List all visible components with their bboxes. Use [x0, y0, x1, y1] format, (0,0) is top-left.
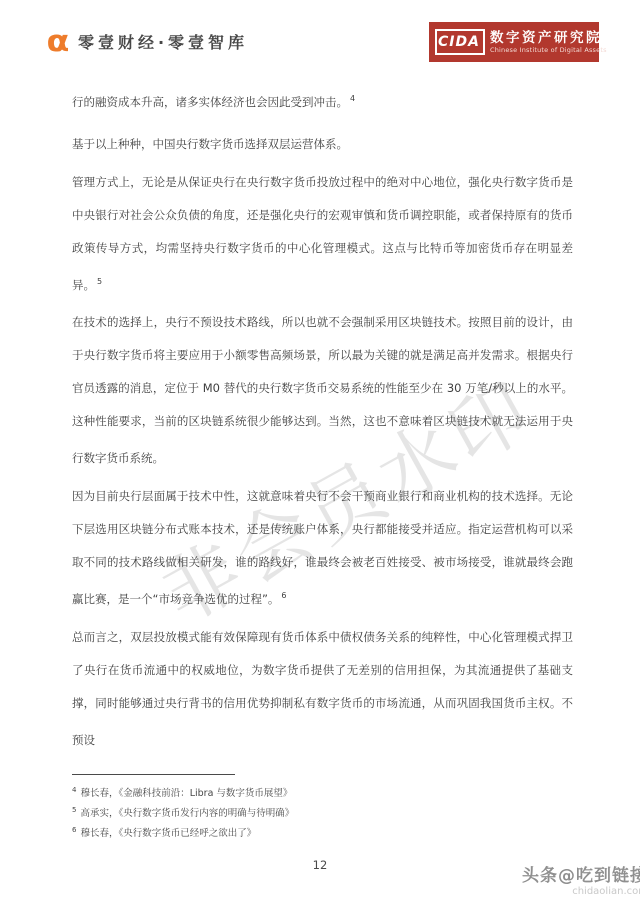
- body-paragraph: 管理方式上，无论是从保证央行在央行数字货币投放过程中的绝对中心地位，强化央行数字…: [72, 166, 573, 302]
- cida-title-cn: 数字资产研究院: [490, 30, 607, 46]
- body-paragraph: 因为目前央行层面属于技术中性，这就意味着央行不会干预商业银行和商业机构的技术选择…: [72, 480, 573, 616]
- cida-logo: CIDA 数字资产研究院 Chinese Institute of Digita…: [429, 22, 599, 62]
- footnote-text: 穆长春，《央行数字货币已经呼之欲出了》: [80, 828, 256, 839]
- footnote-number: 6: [72, 826, 76, 834]
- body-paragraph: 总而言之，双层投放模式能有效保障现有货币体系中债权债务关系的纯粹性，中心化管理模…: [72, 621, 573, 757]
- footnote-ref: 6: [281, 591, 286, 600]
- paragraph-text: 因为目前央行层面属于技术中性，这就意味着央行不会干预商业银行和商业机构的技术选择…: [72, 489, 573, 606]
- body-paragraph: 行的融资成本升高，诸多实体经济也会因此受到冲击。4: [72, 82, 573, 119]
- paragraph-text: 在技术的选择上，央行不预设技术路线，所以也就不会强制采用区块链技术。按照目前的设…: [72, 315, 573, 465]
- page-number: 12: [0, 858, 640, 872]
- footnote: 6穆长春，《央行数字货币已经呼之欲出了》: [72, 822, 573, 842]
- body-paragraph: 基于以上种种，中国央行数字货币选择双层运营体系。: [72, 124, 573, 161]
- paragraph-text: 管理方式上，无论是从保证央行在央行数字货币投放过程中的绝对中心地位，强化央行数字…: [72, 175, 573, 292]
- cida-names: 数字资产研究院 Chinese Institute of Digital Ass…: [490, 30, 607, 54]
- document-body: 行的融资成本升高，诸多实体经济也会因此受到冲击。4 基于以上种种，中国央行数字货…: [72, 82, 573, 762]
- paragraph-text: 总而言之，双层投放模式能有效保障现有货币体系中债权债务关系的纯粹性，中心化管理模…: [72, 630, 573, 747]
- toutiao-watermark-url: chidaolian.com: [522, 886, 640, 898]
- footnote-number: 5: [72, 806, 76, 814]
- footnote-divider: [72, 774, 235, 775]
- footnote: 5高承实，《央行数字货币发行内容的明确与待明确》: [72, 802, 573, 822]
- document-page: α 零壹财经·零壹智库 CIDA 数字资产研究院 Chinese Institu…: [0, 0, 640, 906]
- footnote: 4穆长春，《金融科技前沿：Libra 与数字货币展望》: [72, 782, 573, 802]
- body-paragraph: 在技术的选择上，央行不预设技术路线，所以也就不会强制采用区块链技术。按照目前的设…: [72, 306, 573, 475]
- cida-acronym: CIDA: [435, 29, 485, 55]
- footnote-text: 穆长春，《金融科技前沿：Libra 与数字货币展望》: [80, 788, 292, 799]
- footnotes-section: 4穆长春，《金融科技前沿：Libra 与数字货币展望》 5高承实，《央行数字货币…: [72, 774, 573, 842]
- publisher-logo: α 零壹财经·零壹智库: [48, 26, 248, 56]
- cida-subtitle-en: Chinese Institute of Digital Assets: [490, 46, 607, 54]
- footnote-number: 4: [72, 786, 76, 794]
- footnote-text: 高承实，《央行数字货币发行内容的明确与待明确》: [80, 808, 294, 819]
- footnote-ref: 4: [350, 94, 355, 103]
- publisher-name: 零壹财经·零壹智库: [78, 30, 248, 53]
- 01caijing-logo-icon: α: [47, 26, 70, 56]
- footnote-ref: 5: [97, 277, 102, 286]
- paragraph-text: 基于以上种种，中国央行数字货币选择双层运营体系。: [72, 137, 348, 151]
- paragraph-text: 行的融资成本升高，诸多实体经济也会因此受到冲击。: [72, 95, 348, 109]
